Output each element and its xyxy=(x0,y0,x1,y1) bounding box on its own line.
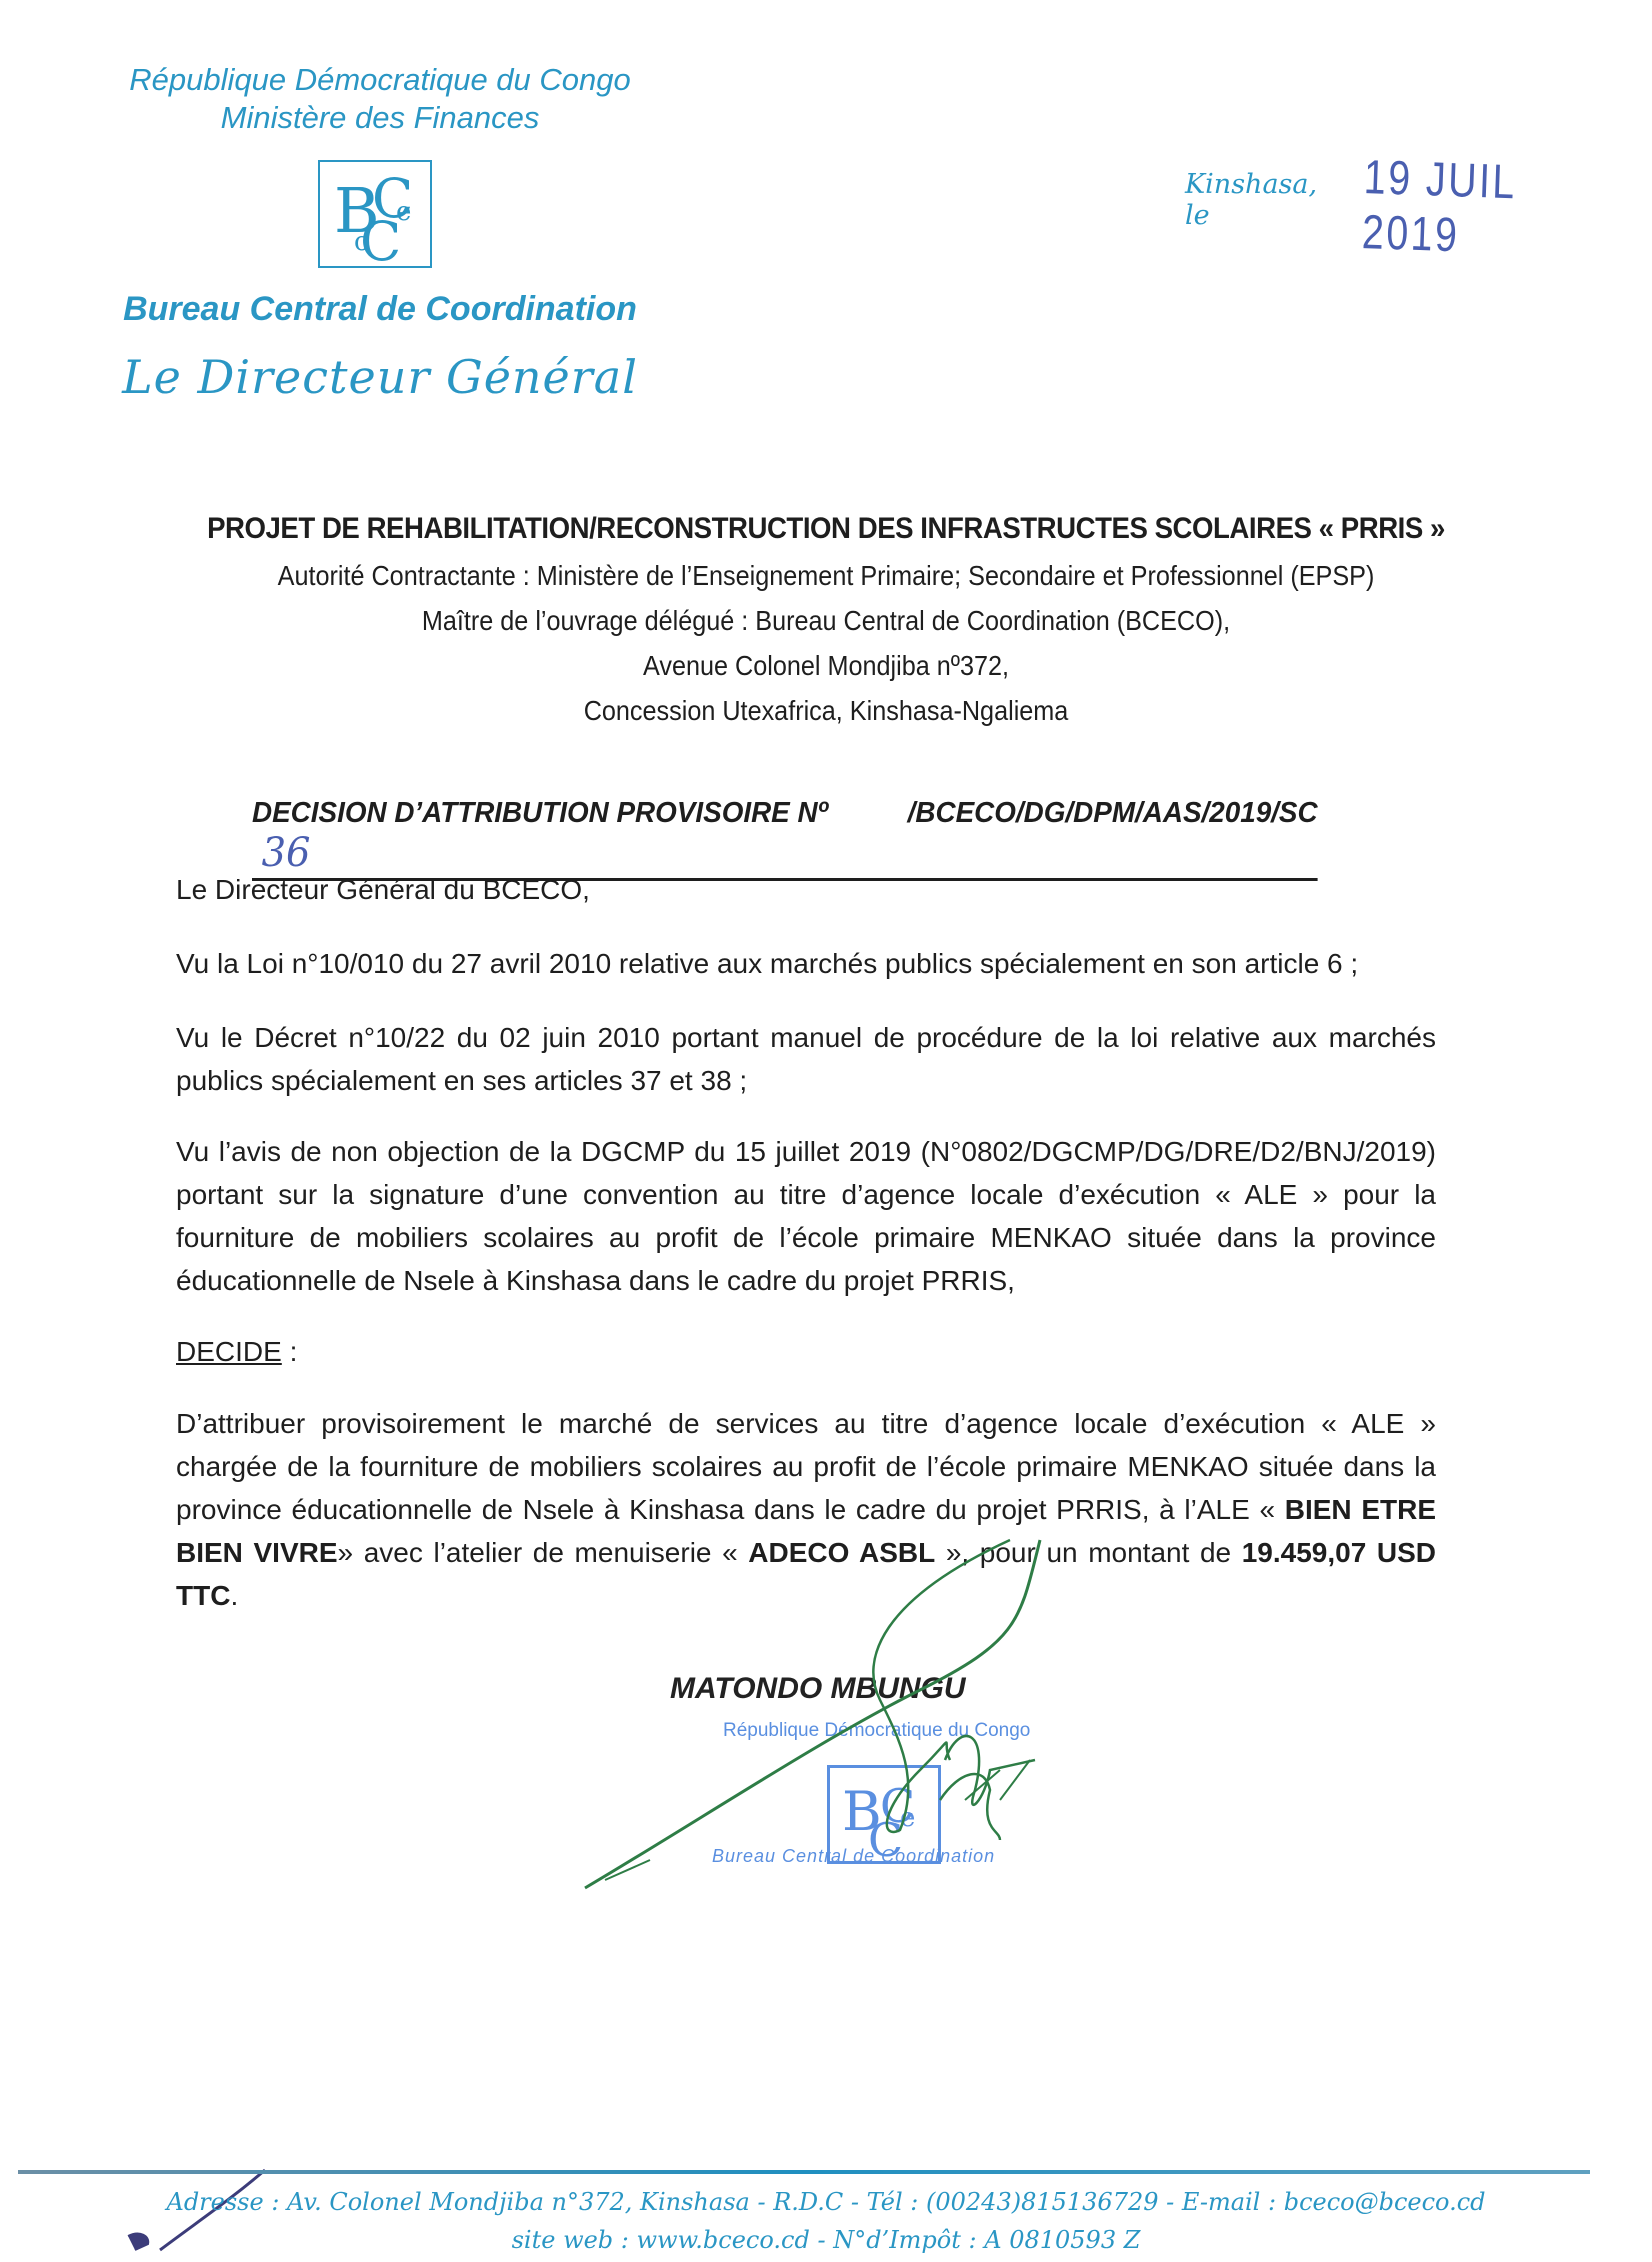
decision-prefix: DECISION D’ATTRIBUTION PROVISOIRE Nº 36 xyxy=(252,797,908,876)
consideration-3: Vu l’avis de non objection de la DGCMP d… xyxy=(176,1130,1436,1302)
project-title: PROJET DE REHABILITATION/RECONSTRUCTION … xyxy=(176,512,1475,546)
footer-address: Adresse : Av. Colonel Mondjiba n°372, Ki… xyxy=(0,2188,1652,2216)
stamp-organization: Bureau Central de Coordination xyxy=(712,1846,995,1867)
decision-reference: /BCECO/DG/DPM/AAS/2019/SC xyxy=(908,797,1318,876)
place-label: Kinshasa, le xyxy=(1185,169,1335,231)
footer-divider xyxy=(18,2170,1590,2174)
stamp-country: République Démocratique du Congo xyxy=(723,1720,1030,1742)
contracting-authority: Autorité Contractante : Ministère de l’E… xyxy=(191,560,1462,592)
footer-web-tax: site web : www.bceco.cd - N°d’Impôt : A … xyxy=(0,2226,1652,2254)
svg-text:e: e xyxy=(396,197,411,227)
country-name: République Démocratique du Congo xyxy=(100,62,660,98)
addressee: Le Directeur Général du BCECO, xyxy=(176,868,1436,911)
addressee-text: Le Directeur Général du BCECO, xyxy=(176,868,1436,911)
consideration-2: Vu le Décret n°10/22 du 02 juin 2010 por… xyxy=(176,1016,1436,1102)
organization-name: Bureau Central de Coordination xyxy=(100,290,660,329)
svg-text:o: o xyxy=(354,227,370,257)
place-date: Kinshasa, le 19 JUIL 2019 xyxy=(1185,150,1652,260)
consideration-text: Vu la Loi n°10/010 du 27 avril 2010 rela… xyxy=(176,942,1436,985)
decide-heading: DECIDE : xyxy=(176,1330,1436,1373)
decision-text: D’attribuer provisoirement le marché de … xyxy=(176,1402,1436,1617)
delegated-owner: Maître de l’ouvrage délégué : Bureau Cen… xyxy=(191,605,1462,637)
decision-prefix-text: DECISION D’ATTRIBUTION PROVISOIRE Nº xyxy=(252,797,828,829)
address-line-1: Avenue Colonel Mondjiba nº372, xyxy=(191,650,1462,682)
decision-text-part: D’attribuer provisoirement le marché de … xyxy=(176,1408,1436,1525)
decide-label: DECIDE xyxy=(176,1336,282,1367)
svg-text:e: e xyxy=(900,1803,915,1833)
address-line-2: Concession Utexafrica, Kinshasa-Ngaliema xyxy=(191,695,1462,727)
decision-text-part: », pour un montant de xyxy=(935,1537,1242,1568)
date-stamp: 19 JUIL 2019 xyxy=(1361,150,1602,268)
director-general-title: Le Directeur Général xyxy=(100,350,660,404)
consideration-text: Vu le Décret n°10/22 du 02 juin 2010 por… xyxy=(176,1016,1436,1102)
decide-colon: : xyxy=(282,1336,298,1367)
consideration-1: Vu la Loi n°10/010 du 27 avril 2010 rela… xyxy=(176,942,1436,985)
workshop-name: ADECO ASBL xyxy=(748,1537,935,1568)
ministry-name: Ministère des Finances xyxy=(100,100,660,136)
signatory-name: MATONDO MBUNGU xyxy=(670,1672,966,1706)
consideration-text: Vu l’avis de non objection de la DGCMP d… xyxy=(176,1130,1436,1302)
decision-text-part: » avec l’atelier de menuiserie « xyxy=(338,1537,749,1568)
bceco-logo-icon: B C C o e xyxy=(318,160,432,268)
decision-text-part: . xyxy=(230,1580,238,1611)
